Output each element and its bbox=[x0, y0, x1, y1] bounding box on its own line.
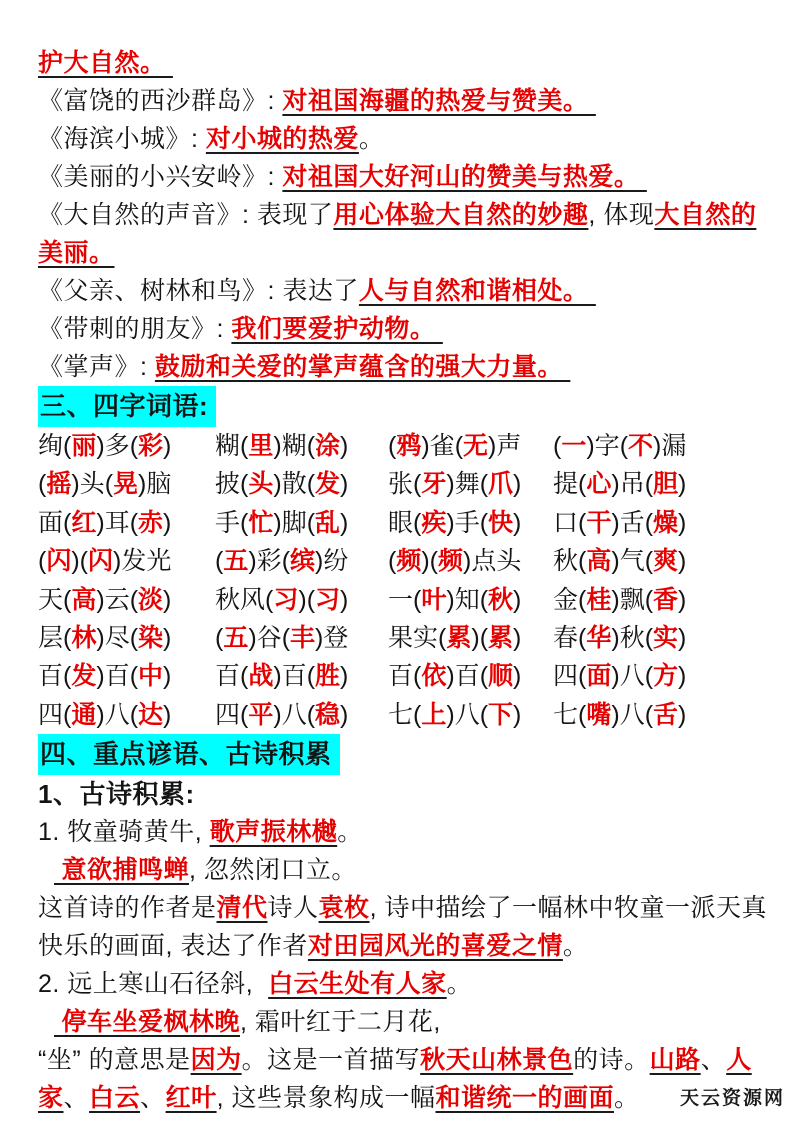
word-char: 春 bbox=[553, 624, 578, 652]
word-char: 百 bbox=[455, 662, 480, 690]
fill-in-char: 丽 bbox=[71, 432, 96, 460]
fill-in-char: 彩 bbox=[138, 432, 163, 460]
paren-close: ) bbox=[678, 624, 686, 652]
watermark: 天云资源网 bbox=[680, 1083, 785, 1110]
text-line: 这首诗的作者是清代诗人袁枚, 诗中描绘了一幅林中牧童一派天真 bbox=[38, 889, 771, 927]
body-text: 诗人 bbox=[268, 894, 319, 922]
paren-open: ( bbox=[480, 586, 488, 614]
fill-in-char: 闪 bbox=[88, 547, 113, 575]
paren-close: ) bbox=[298, 586, 306, 614]
paren-close: ) bbox=[340, 470, 348, 498]
paren-open: ( bbox=[480, 662, 488, 690]
fill-in-char: 达 bbox=[138, 701, 163, 729]
fill-in-char: 不 bbox=[628, 432, 653, 460]
fill-in-char: 胜 bbox=[315, 662, 340, 690]
grid-cell: 天(高)云(淡) bbox=[38, 581, 215, 619]
answer-text: 我们要爱护动物。 bbox=[231, 315, 442, 343]
answer-text: 对祖国大好河山的赞美与热爱。 bbox=[282, 163, 646, 191]
body-text: 的诗。 bbox=[573, 1046, 650, 1074]
grid-cell: 金(桂)飘(香) bbox=[553, 581, 771, 619]
paren-open: ( bbox=[480, 624, 488, 652]
fill-in-char: 华 bbox=[586, 624, 611, 652]
word-char: 披 bbox=[215, 470, 240, 498]
answer-text: 因为 bbox=[191, 1046, 242, 1074]
fill-in-char: 乱 bbox=[315, 509, 340, 537]
fill-in-char: 累 bbox=[488, 624, 513, 652]
word-char: 登 bbox=[323, 624, 348, 652]
grid-cell: 张(牙)舞(爪) bbox=[388, 465, 553, 503]
word-char: 百 bbox=[282, 662, 307, 690]
text-line: 《美丽的小兴安岭》: 对祖国大好河山的赞美与热爱。 bbox=[38, 158, 771, 196]
body-text: 2. 远上寒山石径斜, bbox=[38, 970, 268, 998]
paren-open: ( bbox=[307, 701, 315, 729]
text-line: 《海滨小城》: 对小城的热爱。 bbox=[38, 120, 771, 158]
body-text: 。 bbox=[447, 970, 473, 998]
text-line: 快乐的画面, 表达了作者对田园风光的喜爱之情。 bbox=[38, 927, 771, 965]
fill-in-char: 丰 bbox=[290, 624, 315, 652]
body-text: 《美丽的小兴安岭》: bbox=[38, 163, 282, 191]
section-header: 四、重点谚语、古诗积累 bbox=[38, 734, 340, 775]
text-line: 1. 牧童骑黄牛, 歌声振林樾。 bbox=[38, 813, 771, 851]
fill-in-char: 忙 bbox=[248, 509, 273, 537]
paren-close: ) bbox=[163, 624, 171, 652]
grid-cell: 秋风(习)(习) bbox=[215, 581, 388, 619]
word-char: 面 bbox=[38, 509, 63, 537]
answer-text: 和谐统一的画面 bbox=[435, 1084, 614, 1112]
fill-in-char: 疾 bbox=[421, 509, 446, 537]
grid-cell: 口(干)舌(燥) bbox=[553, 504, 771, 542]
paren-close: ) bbox=[273, 432, 281, 460]
word-char: 四 bbox=[38, 701, 63, 729]
word-char: 一 bbox=[388, 586, 413, 614]
word-char: 舌 bbox=[620, 509, 645, 537]
paren-close: ) bbox=[678, 701, 686, 729]
fill-in-char: 五 bbox=[223, 624, 248, 652]
text-line: “坐” 的意思是因为。这是一首描写秋天山林景色的诗。山路、人 bbox=[38, 1041, 771, 1079]
word-char: 发光 bbox=[121, 547, 171, 575]
word-char: 头 bbox=[80, 470, 105, 498]
text-line: 家、白云、红叶, 这些景象构成一幅和谐统一的画面。 bbox=[38, 1079, 771, 1117]
fill-in-char: 习 bbox=[273, 586, 298, 614]
paren-close: ) bbox=[446, 586, 454, 614]
fill-in-char: 牙 bbox=[421, 470, 446, 498]
grid-cell: 糊(里)糊(涂) bbox=[215, 427, 388, 465]
answer-text: 对小城的热爱 bbox=[206, 125, 359, 153]
fill-in-char: 头 bbox=[248, 470, 273, 498]
fill-in-char: 香 bbox=[653, 586, 678, 614]
fill-in-char: 叶 bbox=[421, 586, 446, 614]
paren-close: ) bbox=[340, 586, 348, 614]
word-char: 脑 bbox=[146, 470, 171, 498]
answer-text: 人与自然和谐相处。 bbox=[359, 277, 596, 305]
body-text: 、 bbox=[140, 1084, 166, 1112]
word-char: 四 bbox=[553, 662, 578, 690]
fill-in-char: 五 bbox=[223, 547, 248, 575]
word-char: 提 bbox=[553, 470, 578, 498]
fill-in-char: 中 bbox=[138, 662, 163, 690]
grid-cell: 提(心)吊(胆) bbox=[553, 465, 771, 503]
paren-close: ) bbox=[611, 624, 619, 652]
text-line: 《富饶的西沙群岛》: 对祖国海疆的热爱与赞美。 bbox=[38, 82, 771, 120]
fill-in-char: 染 bbox=[138, 624, 163, 652]
body-text: 。 bbox=[337, 818, 363, 846]
answer-text: 歌声振林樾 bbox=[210, 818, 338, 846]
paren-open: ( bbox=[645, 470, 653, 498]
word-char: 秋 bbox=[553, 547, 578, 575]
paren-open: ( bbox=[307, 509, 315, 537]
fill-in-char: 平 bbox=[248, 701, 273, 729]
word-char: 舞 bbox=[455, 470, 480, 498]
word-char: 吊 bbox=[620, 470, 645, 498]
answer-text: 红叶 bbox=[166, 1084, 217, 1112]
paren-close: ) bbox=[446, 701, 454, 729]
paren-open: ( bbox=[645, 586, 653, 614]
paren-close: ) bbox=[421, 432, 429, 460]
paren-close: ) bbox=[340, 662, 348, 690]
fill-in-char: 依 bbox=[421, 662, 446, 690]
word-char: 多 bbox=[105, 432, 130, 460]
body-text: 。 bbox=[614, 1084, 640, 1112]
fill-in-char: 上 bbox=[421, 701, 446, 729]
section-header-line: 三、四字词语: bbox=[38, 386, 771, 427]
grid-cell: 七(嘴)八(舌) bbox=[553, 696, 771, 734]
answer-text: 袁枚 bbox=[319, 894, 370, 922]
word-char: 果实 bbox=[388, 624, 438, 652]
paren-open: ( bbox=[130, 509, 138, 537]
word-char: 八 bbox=[282, 701, 307, 729]
answer-text: 人 bbox=[726, 1046, 752, 1074]
paren-close: ) bbox=[446, 470, 454, 498]
word-char: 百 bbox=[105, 662, 130, 690]
fill-in-char: 爪 bbox=[488, 470, 513, 498]
fill-in-char: 面 bbox=[586, 662, 611, 690]
fill-in-char: 快 bbox=[488, 509, 513, 537]
paren-close: ) bbox=[611, 547, 619, 575]
paren-open: ( bbox=[480, 509, 488, 537]
word-char: 秋 bbox=[620, 624, 645, 652]
word-char: 手 bbox=[455, 509, 480, 537]
paren-close: ) bbox=[513, 701, 521, 729]
body-text: 。这是一首描写 bbox=[242, 1046, 421, 1074]
word-char: 八 bbox=[105, 701, 130, 729]
paren-open: ( bbox=[620, 432, 628, 460]
paren-open: ( bbox=[307, 586, 315, 614]
paren-close: ) bbox=[611, 662, 619, 690]
grid-cell: 层(林)尽(染) bbox=[38, 619, 215, 657]
word-char: 漏 bbox=[661, 432, 686, 460]
fill-in-char: 赤 bbox=[138, 509, 163, 537]
word-char: 糊 bbox=[282, 432, 307, 460]
fill-in-char: 频 bbox=[396, 547, 421, 575]
document-page: 护大自然。 《富饶的西沙群岛》: 对祖国海疆的热爱与赞美。 《海滨小城》: 对小… bbox=[0, 0, 793, 1122]
grid-cell: 面(红)耳(赤) bbox=[38, 504, 215, 542]
paren-close: ) bbox=[273, 470, 281, 498]
answer-text: 护大自然。 bbox=[38, 49, 173, 77]
word-char: 耳 bbox=[105, 509, 130, 537]
answer-text: 对田园风光的喜爱之情 bbox=[308, 932, 563, 960]
paren-close: ) bbox=[678, 662, 686, 690]
fill-in-char: 通 bbox=[71, 701, 96, 729]
word-char: 层 bbox=[38, 624, 63, 652]
paren-open: ( bbox=[645, 547, 653, 575]
paren-close: ) bbox=[96, 432, 104, 460]
paren-close: ) bbox=[248, 624, 256, 652]
grid-cell: 眼(疾)手(快) bbox=[388, 504, 553, 542]
paren-close: ) bbox=[513, 662, 521, 690]
fill-in-char: 林 bbox=[71, 624, 96, 652]
word-char: 纷 bbox=[323, 547, 348, 575]
grid-cell: 手(忙)脚(乱) bbox=[215, 504, 388, 542]
body-text: 、 bbox=[701, 1046, 727, 1074]
fill-in-char: 淡 bbox=[138, 586, 163, 614]
fill-in-char: 胆 bbox=[653, 470, 678, 498]
paren-close: ) bbox=[678, 470, 686, 498]
grid-cell: 百(依)百(顺) bbox=[388, 657, 553, 695]
word-char: 脚 bbox=[282, 509, 307, 537]
grid-cell: (一)字(不)漏 bbox=[553, 427, 771, 465]
fill-in-char: 频 bbox=[438, 547, 463, 575]
paren-close: ) bbox=[513, 624, 521, 652]
word-char: 云 bbox=[105, 586, 130, 614]
text-line: 《掌声》: 鼓励和关爱的掌声蕴含的强大力量。 bbox=[38, 348, 771, 386]
answer-text: 鼓励和关爱的掌声蕴含的强大力量。 bbox=[155, 353, 570, 381]
word-char: 字 bbox=[595, 432, 620, 460]
paren-open: ( bbox=[130, 586, 138, 614]
word-char: 眼 bbox=[388, 509, 413, 537]
paren-close: ) bbox=[96, 701, 104, 729]
answer-text: 白云生处有人家 bbox=[268, 970, 447, 998]
paren-close: ) bbox=[163, 662, 171, 690]
body-text: 《父亲、树林和鸟》: 表达了 bbox=[38, 277, 359, 305]
answer-text: 秋天山林景色 bbox=[420, 1046, 573, 1074]
paren-close: ) bbox=[96, 586, 104, 614]
paren-open: ( bbox=[282, 547, 290, 575]
paren-open: ( bbox=[480, 701, 488, 729]
fill-in-char: 高 bbox=[586, 547, 611, 575]
fill-in-char: 高 bbox=[71, 586, 96, 614]
body-text: 快乐的画面, 表达了作者 bbox=[38, 932, 308, 960]
paren-close: ) bbox=[421, 547, 429, 575]
word-char: 知 bbox=[455, 586, 480, 614]
word-char: 八 bbox=[455, 701, 480, 729]
body-text: 这首诗的作者是 bbox=[38, 894, 217, 922]
paren-open: ( bbox=[645, 509, 653, 537]
text-line: 护大自然。 bbox=[38, 44, 771, 82]
paren-close: ) bbox=[513, 509, 521, 537]
word-char: 七 bbox=[553, 701, 578, 729]
word-char: 张 bbox=[388, 470, 413, 498]
fill-in-char: 秋 bbox=[488, 586, 513, 614]
body-text: “坐” 的意思是 bbox=[38, 1046, 191, 1074]
body-text: 《大自然的声音》: 表现了 bbox=[38, 201, 333, 229]
paren-close: ) bbox=[163, 509, 171, 537]
fill-in-char: 战 bbox=[248, 662, 273, 690]
answer-text: 家 bbox=[38, 1084, 64, 1112]
fill-in-char: 爽 bbox=[653, 547, 678, 575]
body-text: 《掌声》: bbox=[38, 353, 155, 381]
paren-open: ( bbox=[307, 470, 315, 498]
paren-close: ) bbox=[471, 624, 479, 652]
paren-close: ) bbox=[678, 547, 686, 575]
body-text: 。 bbox=[563, 932, 589, 960]
body-text: 《海滨小城》: bbox=[38, 125, 206, 153]
word-char: 彩 bbox=[257, 547, 282, 575]
body-text: 《带刺的朋友》: bbox=[38, 315, 231, 343]
word-grid: 绚(丽)多(彩)糊(里)糊(涂)(鸦)雀(无)声(一)字(不)漏(摇)头(晃)脑… bbox=[38, 427, 771, 734]
fill-in-char: 发 bbox=[315, 470, 340, 498]
fill-in-char: 习 bbox=[315, 586, 340, 614]
grid-cell: (频)(频)点头 bbox=[388, 542, 553, 580]
word-char: 四 bbox=[215, 701, 240, 729]
word-char: 金 bbox=[553, 586, 578, 614]
paren-close: ) bbox=[611, 701, 619, 729]
paren-close: ) bbox=[446, 509, 454, 537]
fill-in-char: 桂 bbox=[586, 586, 611, 614]
paren-open: ( bbox=[130, 432, 138, 460]
paren-open: ( bbox=[282, 624, 290, 652]
fill-in-char: 顺 bbox=[488, 662, 513, 690]
word-char: 天 bbox=[38, 586, 63, 614]
fill-in-char: 里 bbox=[248, 432, 273, 460]
fill-in-char: 红 bbox=[71, 509, 96, 537]
body-text: 。 bbox=[359, 125, 385, 153]
paren-close: ) bbox=[678, 586, 686, 614]
fill-in-char: 摇 bbox=[46, 470, 71, 498]
paren-open: ( bbox=[80, 547, 88, 575]
body-text: , 体现 bbox=[588, 201, 654, 229]
paren-close: ) bbox=[96, 509, 104, 537]
answer-text: 意欲捕鸣蝉 bbox=[54, 856, 189, 884]
word-char: 散 bbox=[282, 470, 307, 498]
section-header: 三、四字词语: bbox=[38, 386, 216, 427]
paren-close: ) bbox=[611, 586, 619, 614]
grid-cell: 一(叶)知(秋) bbox=[388, 581, 553, 619]
paren-open: ( bbox=[455, 432, 463, 460]
fill-in-char: 嘴 bbox=[586, 701, 611, 729]
grid-cell: 披(头)散(发) bbox=[215, 465, 388, 503]
word-char: 雀 bbox=[430, 432, 455, 460]
text-line: 《父亲、树林和鸟》: 表达了人与自然和谐相处。 bbox=[38, 272, 771, 310]
fill-in-char: 燥 bbox=[653, 509, 678, 537]
document-content: 护大自然。 《富饶的西沙群岛》: 对祖国海疆的热爱与赞美。 《海滨小城》: 对小… bbox=[38, 44, 771, 1117]
grid-cell: (闪)(闪)发光 bbox=[38, 542, 215, 580]
grid-cell: 秋(高)气(爽) bbox=[553, 542, 771, 580]
fill-in-char: 舌 bbox=[653, 701, 678, 729]
body-text: , 霜叶红于二月花, bbox=[240, 1008, 441, 1036]
paren-open: ( bbox=[307, 662, 315, 690]
body-text: , 诗中描绘了一幅林中牧童一派天真 bbox=[370, 894, 767, 922]
body-text: , 这些景象构成一幅 bbox=[217, 1084, 436, 1112]
grid-cell: 百(战)百(胜) bbox=[215, 657, 388, 695]
word-char: 绚 bbox=[38, 432, 63, 460]
grid-cell: 四(面)八(方) bbox=[553, 657, 771, 695]
word-char: 手 bbox=[215, 509, 240, 537]
paren-open: ( bbox=[645, 701, 653, 729]
text-line: 《大自然的声音》: 表现了用心体验大自然的妙趣, 体现大自然的美丽。 bbox=[38, 196, 771, 272]
paren-close: ) bbox=[678, 509, 686, 537]
answer-text: 白云 bbox=[89, 1084, 140, 1112]
section-header-line: 四、重点谚语、古诗积累 bbox=[38, 734, 771, 775]
paren-open: ( bbox=[130, 624, 138, 652]
fill-in-char: 一 bbox=[561, 432, 586, 460]
paren-close: ) bbox=[163, 586, 171, 614]
word-char: 八 bbox=[620, 662, 645, 690]
body-text: , 忽然闭口立。 bbox=[189, 856, 357, 884]
answer-text: 对祖国海疆的热爱与赞美。 bbox=[282, 87, 595, 115]
answer-text: 山路 bbox=[650, 1046, 701, 1074]
word-char: 糊 bbox=[215, 432, 240, 460]
fill-in-char: 累 bbox=[446, 624, 471, 652]
word-char: 口 bbox=[553, 509, 578, 537]
paren-close: ) bbox=[340, 432, 348, 460]
word-char: 飘 bbox=[620, 586, 645, 614]
answer-text: 清代 bbox=[217, 894, 268, 922]
word-char: 秋风 bbox=[215, 586, 265, 614]
paren-close: ) bbox=[340, 701, 348, 729]
text-line: 意欲捕鸣蝉, 忽然闭口立。 bbox=[38, 851, 771, 889]
word-char: 百 bbox=[388, 662, 413, 690]
fill-in-char: 鸦 bbox=[396, 432, 421, 460]
grid-cell: 百(发)百(中) bbox=[38, 657, 215, 695]
word-char: 谷 bbox=[257, 624, 282, 652]
paren-close: ) bbox=[71, 470, 79, 498]
fill-in-char: 缤 bbox=[290, 547, 315, 575]
word-char: 声 bbox=[496, 432, 521, 460]
fill-in-char: 干 bbox=[586, 509, 611, 537]
grid-cell: 绚(丽)多(彩) bbox=[38, 427, 215, 465]
paren-close: ) bbox=[513, 470, 521, 498]
fill-in-char: 心 bbox=[586, 470, 611, 498]
word-char: 百 bbox=[38, 662, 63, 690]
fill-in-char: 闪 bbox=[46, 547, 71, 575]
word-char: 气 bbox=[620, 547, 645, 575]
paren-close: ) bbox=[248, 547, 256, 575]
word-char: 点头 bbox=[471, 547, 521, 575]
fill-in-char: 方 bbox=[653, 662, 678, 690]
grid-cell: 果实(累)(累) bbox=[388, 619, 553, 657]
word-char: 百 bbox=[215, 662, 240, 690]
grid-cell: 四(平)八(稳) bbox=[215, 696, 388, 734]
paren-open: ( bbox=[645, 662, 653, 690]
fill-in-char: 发 bbox=[71, 662, 96, 690]
answer-text: 停车坐爱枫林晚 bbox=[54, 1008, 240, 1036]
grid-cell: (五)彩(缤)纷 bbox=[215, 542, 388, 580]
paren-close: ) bbox=[273, 662, 281, 690]
grid-cell: 四(通)八(达) bbox=[38, 696, 215, 734]
paren-open: ( bbox=[480, 470, 488, 498]
paren-close: ) bbox=[273, 701, 281, 729]
paren-close: ) bbox=[446, 662, 454, 690]
paren-close: ) bbox=[96, 662, 104, 690]
paren-close: ) bbox=[340, 509, 348, 537]
body-text: 《富饶的西沙群岛》: bbox=[38, 87, 282, 115]
paren-close: ) bbox=[611, 509, 619, 537]
body-text: 、 bbox=[64, 1084, 90, 1112]
paren-close: ) bbox=[163, 432, 171, 460]
sub-header: 1、古诗积累: bbox=[38, 775, 771, 813]
grid-cell: (五)谷(丰)登 bbox=[215, 619, 388, 657]
body-text: 1. 牧童骑黄牛, bbox=[38, 818, 210, 846]
word-char: 七 bbox=[388, 701, 413, 729]
paren-close: ) bbox=[163, 701, 171, 729]
grid-cell: (摇)头(晃)脑 bbox=[38, 465, 215, 503]
fill-in-char: 下 bbox=[488, 701, 513, 729]
word-char: 尽 bbox=[105, 624, 130, 652]
grid-cell: 春(华)秋(实) bbox=[553, 619, 771, 657]
paren-open: ( bbox=[430, 547, 438, 575]
paren-close: ) bbox=[513, 586, 521, 614]
text-line: 停车坐爱枫林晚, 霜叶红于二月花, bbox=[38, 1003, 771, 1041]
